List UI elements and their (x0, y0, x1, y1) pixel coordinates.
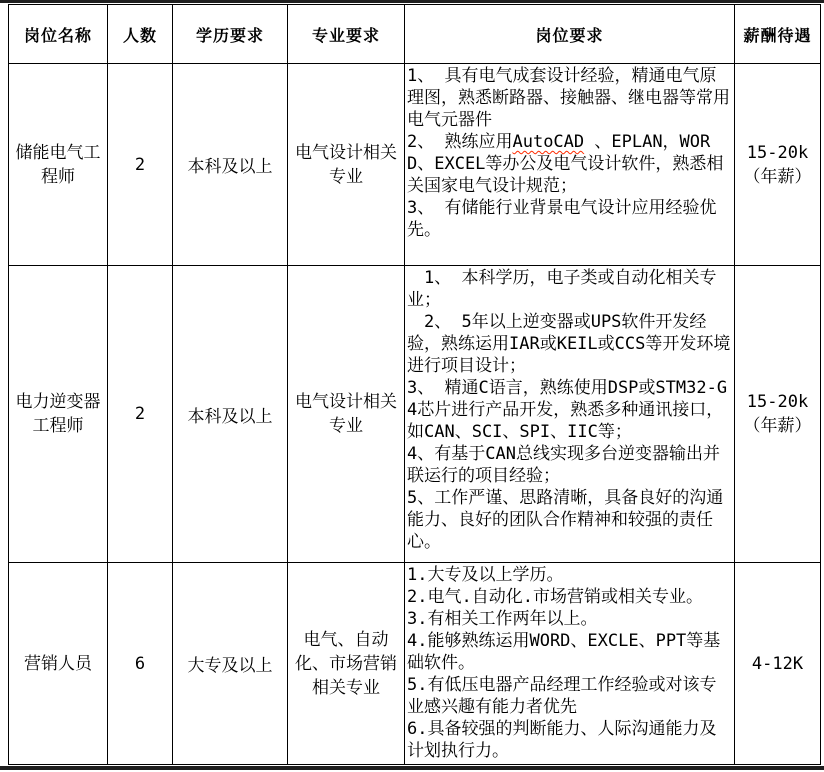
requirements-cell: 1、 具有电气成套设计经验，精通电气原理图，熟悉断路器、接触器、继电器等常用电气… (405, 64, 735, 266)
requirement-item: 6.具备较强的判断能力、人际沟通能力及计划执行力。 (407, 718, 731, 762)
requirement-item: 2、 熟练应用AutoCAD 、EPLAN，WORD、EXCEL等办公及电气设计… (407, 131, 731, 197)
job-table: 岗位名称 人数 学历要求 专业要求 岗位要求 薪酬待遇 储能电气工 程师2本科及… (8, 4, 821, 765)
salary-cell: 15-20k （年薪） (735, 266, 821, 563)
headcount-cell: 6 (108, 563, 173, 765)
table-row: 储能电气工 程师2本科及以上电气设计相关 专业1、 具有电气成套设计经验，精通电… (9, 64, 821, 266)
headcount-cell: 2 (108, 266, 173, 563)
requirement-item: 2.电气.自动化.市场营销或相关专业。 (407, 586, 731, 608)
major-cell: 电气设计相关 专业 (288, 266, 405, 563)
top-rule (0, 0, 824, 3)
requirement-item: 3、 精通C语言，熟练使用DSP或STM32-G4芯片进行产品开发，熟悉多种通讯… (407, 377, 731, 443)
salary-cell: 15-20k （年薪） (735, 64, 821, 266)
education-cell: 本科及以上 (173, 64, 288, 266)
position-cell: 营销人员 (9, 563, 108, 765)
bottom-rule (0, 766, 824, 770)
salary-cell: 4-12K (735, 563, 821, 765)
document-page: 岗位名称 人数 学历要求 专业要求 岗位要求 薪酬待遇 储能电气工 程师2本科及… (0, 0, 824, 772)
requirements-cell: 1.大专及以上学历。2.电气.自动化.市场营销或相关专业。3.有相关工作两年以上… (405, 563, 735, 765)
major-cell: 电气设计相关 专业 (288, 64, 405, 266)
education-cell: 大专及以上 (173, 563, 288, 765)
requirement-item: 1、 具有电气成套设计经验，精通电气原理图，熟悉断路器、接触器、继电器等常用电气… (407, 65, 731, 131)
major-cell: 电气、自动 化、市场营销 相关专业 (288, 563, 405, 765)
position-cell: 储能电气工 程师 (9, 64, 108, 266)
requirement-item: 1.大专及以上学历。 (407, 564, 731, 586)
header-requirements: 岗位要求 (405, 5, 735, 64)
table-row: 电力逆变器 工程师2本科及以上电气设计相关 专业 1、 本科学历，电子类或自动化… (9, 266, 821, 563)
table-row: 营销人员6大专及以上电气、自动 化、市场营销 相关专业1.大专及以上学历。2.电… (9, 563, 821, 765)
header-headcount: 人数 (108, 5, 173, 64)
position-cell: 电力逆变器 工程师 (9, 266, 108, 563)
requirement-item: 3.有相关工作两年以上。 (407, 608, 731, 630)
requirement-item: 5、工作严谨、思路清晰，具备良好的沟通能力、良好的团队合作精神和较强的责任心。 (407, 487, 731, 553)
requirement-item: 4.能够熟练运用WORD、EXCLE、PPT等基础软件。 (407, 630, 731, 674)
header-row: 岗位名称 人数 学历要求 专业要求 岗位要求 薪酬待遇 (9, 5, 821, 64)
requirement-item: 4、有基于CAN总线实现多台逆变器输出并联运行的项目经验； (407, 443, 731, 487)
headcount-cell: 2 (108, 64, 173, 266)
requirement-item: 2、 5年以上逆变器或UPS软件开发经验，熟练运用IAR或KEIL或CCS等开发… (407, 311, 731, 377)
header-salary: 薪酬待遇 (735, 5, 821, 64)
education-cell: 本科及以上 (173, 266, 288, 563)
table-body: 储能电气工 程师2本科及以上电气设计相关 专业1、 具有电气成套设计经验，精通电… (9, 64, 821, 765)
spellcheck-underline: AutoCAD (512, 132, 584, 152)
requirement-item: 1、 本科学历，电子类或自动化相关专业； (407, 267, 731, 311)
header-major: 专业要求 (288, 5, 405, 64)
requirements-cell: 1、 本科学历，电子类或自动化相关专业； 2、 5年以上逆变器或UPS软件开发经… (405, 266, 735, 563)
header-education: 学历要求 (173, 5, 288, 64)
requirement-item: 5.有低压电器产品经理工作经验或对该专业感兴趣有能力者优先 (407, 674, 731, 718)
requirement-item: 3、 有储能行业背景电气设计应用经验优先。 (407, 197, 731, 241)
header-position: 岗位名称 (9, 5, 108, 64)
